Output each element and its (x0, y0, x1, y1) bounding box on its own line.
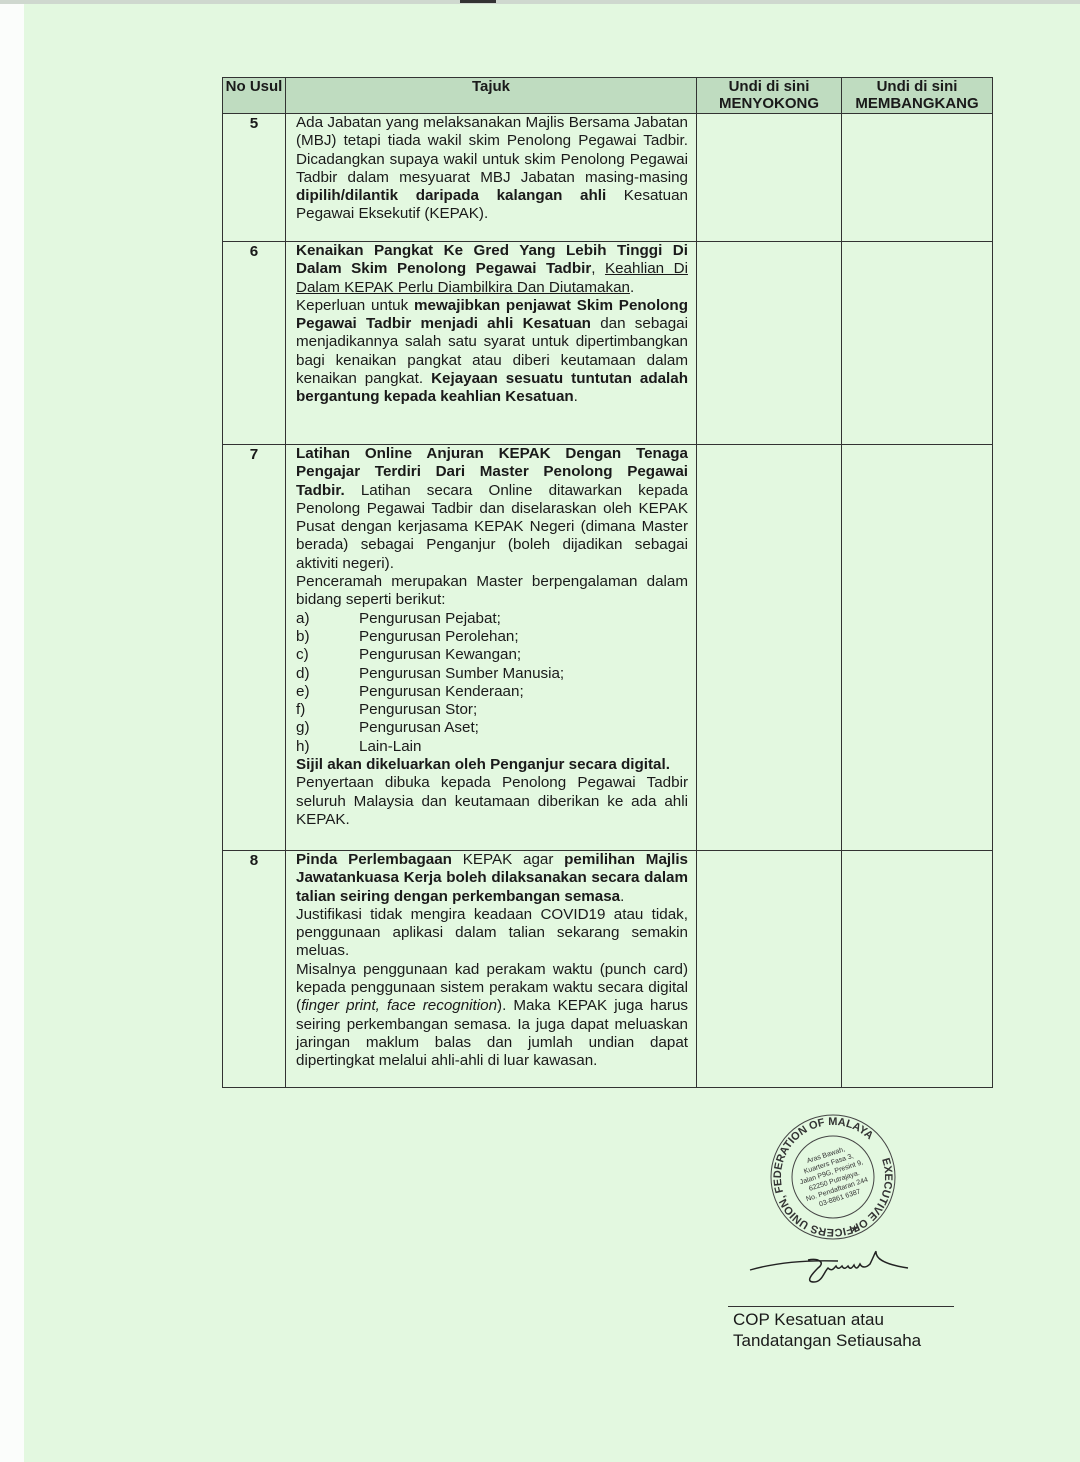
list-item-text: Lain-Lain (359, 738, 422, 756)
motions-table: No Usul Tajuk Undi di sini MENYOKONG Und… (222, 77, 993, 1088)
bold-text: Sijil akan dikeluarkan oleh Penganjur se… (296, 756, 670, 773)
header-membangkang: Undi di sini MEMBANGKANG (842, 78, 993, 114)
text: Penyertaan dibuka kepada Penolong Pegawa… (296, 774, 688, 828)
paragraph: Latihan Online Anjuran KEPAK Dengan Tena… (296, 445, 688, 573)
list-item-text: Pengurusan Kenderaan; (359, 683, 524, 701)
paragraph: Kenaikan Pangkat Ke Gred Yang Lebih Ting… (296, 242, 688, 297)
table-row: 6Kenaikan Pangkat Ke Gred Yang Lebih Tin… (223, 242, 993, 445)
vote-oppose-cell[interactable] (842, 851, 993, 1088)
list-item: c)Pengurusan Kewangan; (296, 646, 688, 664)
table-row: 5Ada Jabatan yang melaksanakan Majlis Be… (223, 114, 993, 242)
text: Penceramah merupakan Master berpengalama… (296, 573, 688, 608)
list-item-label: e) (296, 683, 359, 701)
motion-number: 7 (223, 445, 286, 851)
stamp-ring-text: EXECUTIVE OFFICERS UNION, FEDERATION OF … (768, 1112, 898, 1242)
list-item-text: Pengurusan Stor; (359, 701, 477, 719)
list-item-text: Pengurusan Sumber Manusia; (359, 665, 564, 683)
text: KEPAK agar (452, 851, 564, 868)
paragraph: Justifikasi tidak mengira keadaan COVID1… (296, 906, 688, 961)
text: . (620, 888, 624, 905)
motion-number: 5 (223, 114, 286, 242)
scan-top-edge (0, 0, 1080, 4)
signature-caption: COP Kesatuan atau Tandatangan Setiausaha (733, 1309, 921, 1351)
header-menyokong: Undi di sini MENYOKONG (697, 78, 842, 114)
bold-text: Pinda Perlembagaan (296, 851, 452, 868)
italic-text: finger print, face recognition (301, 997, 497, 1014)
text: . (630, 279, 634, 296)
list-item-label: d) (296, 665, 359, 683)
signature-line (728, 1306, 954, 1307)
text: , (591, 260, 605, 277)
header-membangkang-line2: MEMBANGKANG (844, 95, 990, 112)
text: Ada Jabatan yang melaksanakan Majlis Ber… (296, 114, 688, 186)
vote-support-cell[interactable] (697, 851, 842, 1088)
vote-support-cell[interactable] (697, 242, 842, 445)
list-item-text: Pengurusan Kewangan; (359, 646, 521, 664)
list-item-text: Pengurusan Pejabat; (359, 610, 501, 628)
list-item-label: c) (296, 646, 359, 664)
list-item: b)Pengurusan Perolehan; (296, 628, 688, 646)
svg-text:EXECUTIVE OFFICERS UNION, FEDE: EXECUTIVE OFFICERS UNION, FEDERATION OF … (768, 1112, 898, 1242)
motion-text: Pinda Perlembagaan KEPAK agar pemilihan … (286, 851, 697, 1088)
motion-number: 8 (223, 851, 286, 1088)
header-no-usul: No Usul (223, 78, 286, 114)
vote-support-cell[interactable] (697, 114, 842, 242)
scan-left-margin (0, 0, 24, 1462)
list-item: f)Pengurusan Stor; (296, 701, 688, 719)
text: Latihan secara Online ditawarkan kepada … (296, 482, 688, 572)
motion-text: Ada Jabatan yang melaksanakan Majlis Ber… (286, 114, 697, 242)
header-tajuk: Tajuk (286, 78, 697, 114)
paragraph: Misalnya penggunaan kad perakam waktu (p… (296, 961, 688, 1071)
motion-text: Latihan Online Anjuran KEPAK Dengan Tena… (286, 445, 697, 851)
training-topics-list: a)Pengurusan Pejabat;b)Pengurusan Perole… (296, 610, 688, 756)
list-item: e)Pengurusan Kenderaan; (296, 683, 688, 701)
vote-support-cell[interactable] (697, 445, 842, 851)
header-menyokong-line2: MENYOKONG (699, 95, 839, 112)
text: . (574, 388, 578, 405)
paragraph: Penceramah merupakan Master berpengalama… (296, 573, 688, 610)
signature (748, 1238, 918, 1288)
union-stamp: EXECUTIVE OFFICERS UNION, FEDERATION OF … (768, 1112, 898, 1242)
text: Justifikasi tidak mengira keadaan COVID1… (296, 906, 688, 960)
paragraph: Pinda Perlembagaan KEPAK agar pemilihan … (296, 851, 688, 906)
list-item: a)Pengurusan Pejabat; (296, 610, 688, 628)
vote-oppose-cell[interactable] (842, 445, 993, 851)
paragraph: Keperluan untuk mewajibkan penjawat Skim… (296, 297, 688, 407)
list-item-label: b) (296, 628, 359, 646)
star-icon: ★ (850, 1224, 859, 1235)
bold-text: dipilih/dilantik daripada kalangan ahli (296, 187, 606, 204)
vote-oppose-cell[interactable] (842, 114, 993, 242)
list-item: g)Pengurusan Aset; (296, 719, 688, 737)
list-item-label: f) (296, 701, 359, 719)
motion-number: 6 (223, 242, 286, 445)
list-item-label: a) (296, 610, 359, 628)
header-membangkang-line1: Undi di sini (844, 78, 990, 95)
list-item-text: Pengurusan Perolehan; (359, 628, 519, 646)
list-item-label: g) (296, 719, 359, 737)
table-row: 8Pinda Perlembagaan KEPAK agar pemilihan… (223, 851, 993, 1088)
list-item-label: h) (296, 738, 359, 756)
paragraph: Sijil akan dikeluarkan oleh Penganjur se… (296, 756, 688, 774)
signature-caption-line1: COP Kesatuan atau (733, 1309, 921, 1330)
text: Keperluan untuk (296, 297, 414, 314)
signature-caption-line2: Tandatangan Setiausaha (733, 1330, 921, 1351)
list-item: d)Pengurusan Sumber Manusia; (296, 665, 688, 683)
paragraph: Ada Jabatan yang melaksanakan Majlis Ber… (296, 114, 688, 224)
paragraph: Penyertaan dibuka kepada Penolong Pegawa… (296, 774, 688, 829)
header-menyokong-line1: Undi di sini (699, 78, 839, 95)
list-item: h)Lain-Lain (296, 738, 688, 756)
table-row: 7Latihan Online Anjuran KEPAK Dengan Ten… (223, 445, 993, 851)
motion-text: Kenaikan Pangkat Ke Gred Yang Lebih Ting… (286, 242, 697, 445)
scan-mark (460, 0, 496, 3)
vote-oppose-cell[interactable] (842, 242, 993, 445)
table-header-row: No Usul Tajuk Undi di sini MENYOKONG Und… (223, 78, 993, 114)
list-item-text: Pengurusan Aset; (359, 719, 479, 737)
